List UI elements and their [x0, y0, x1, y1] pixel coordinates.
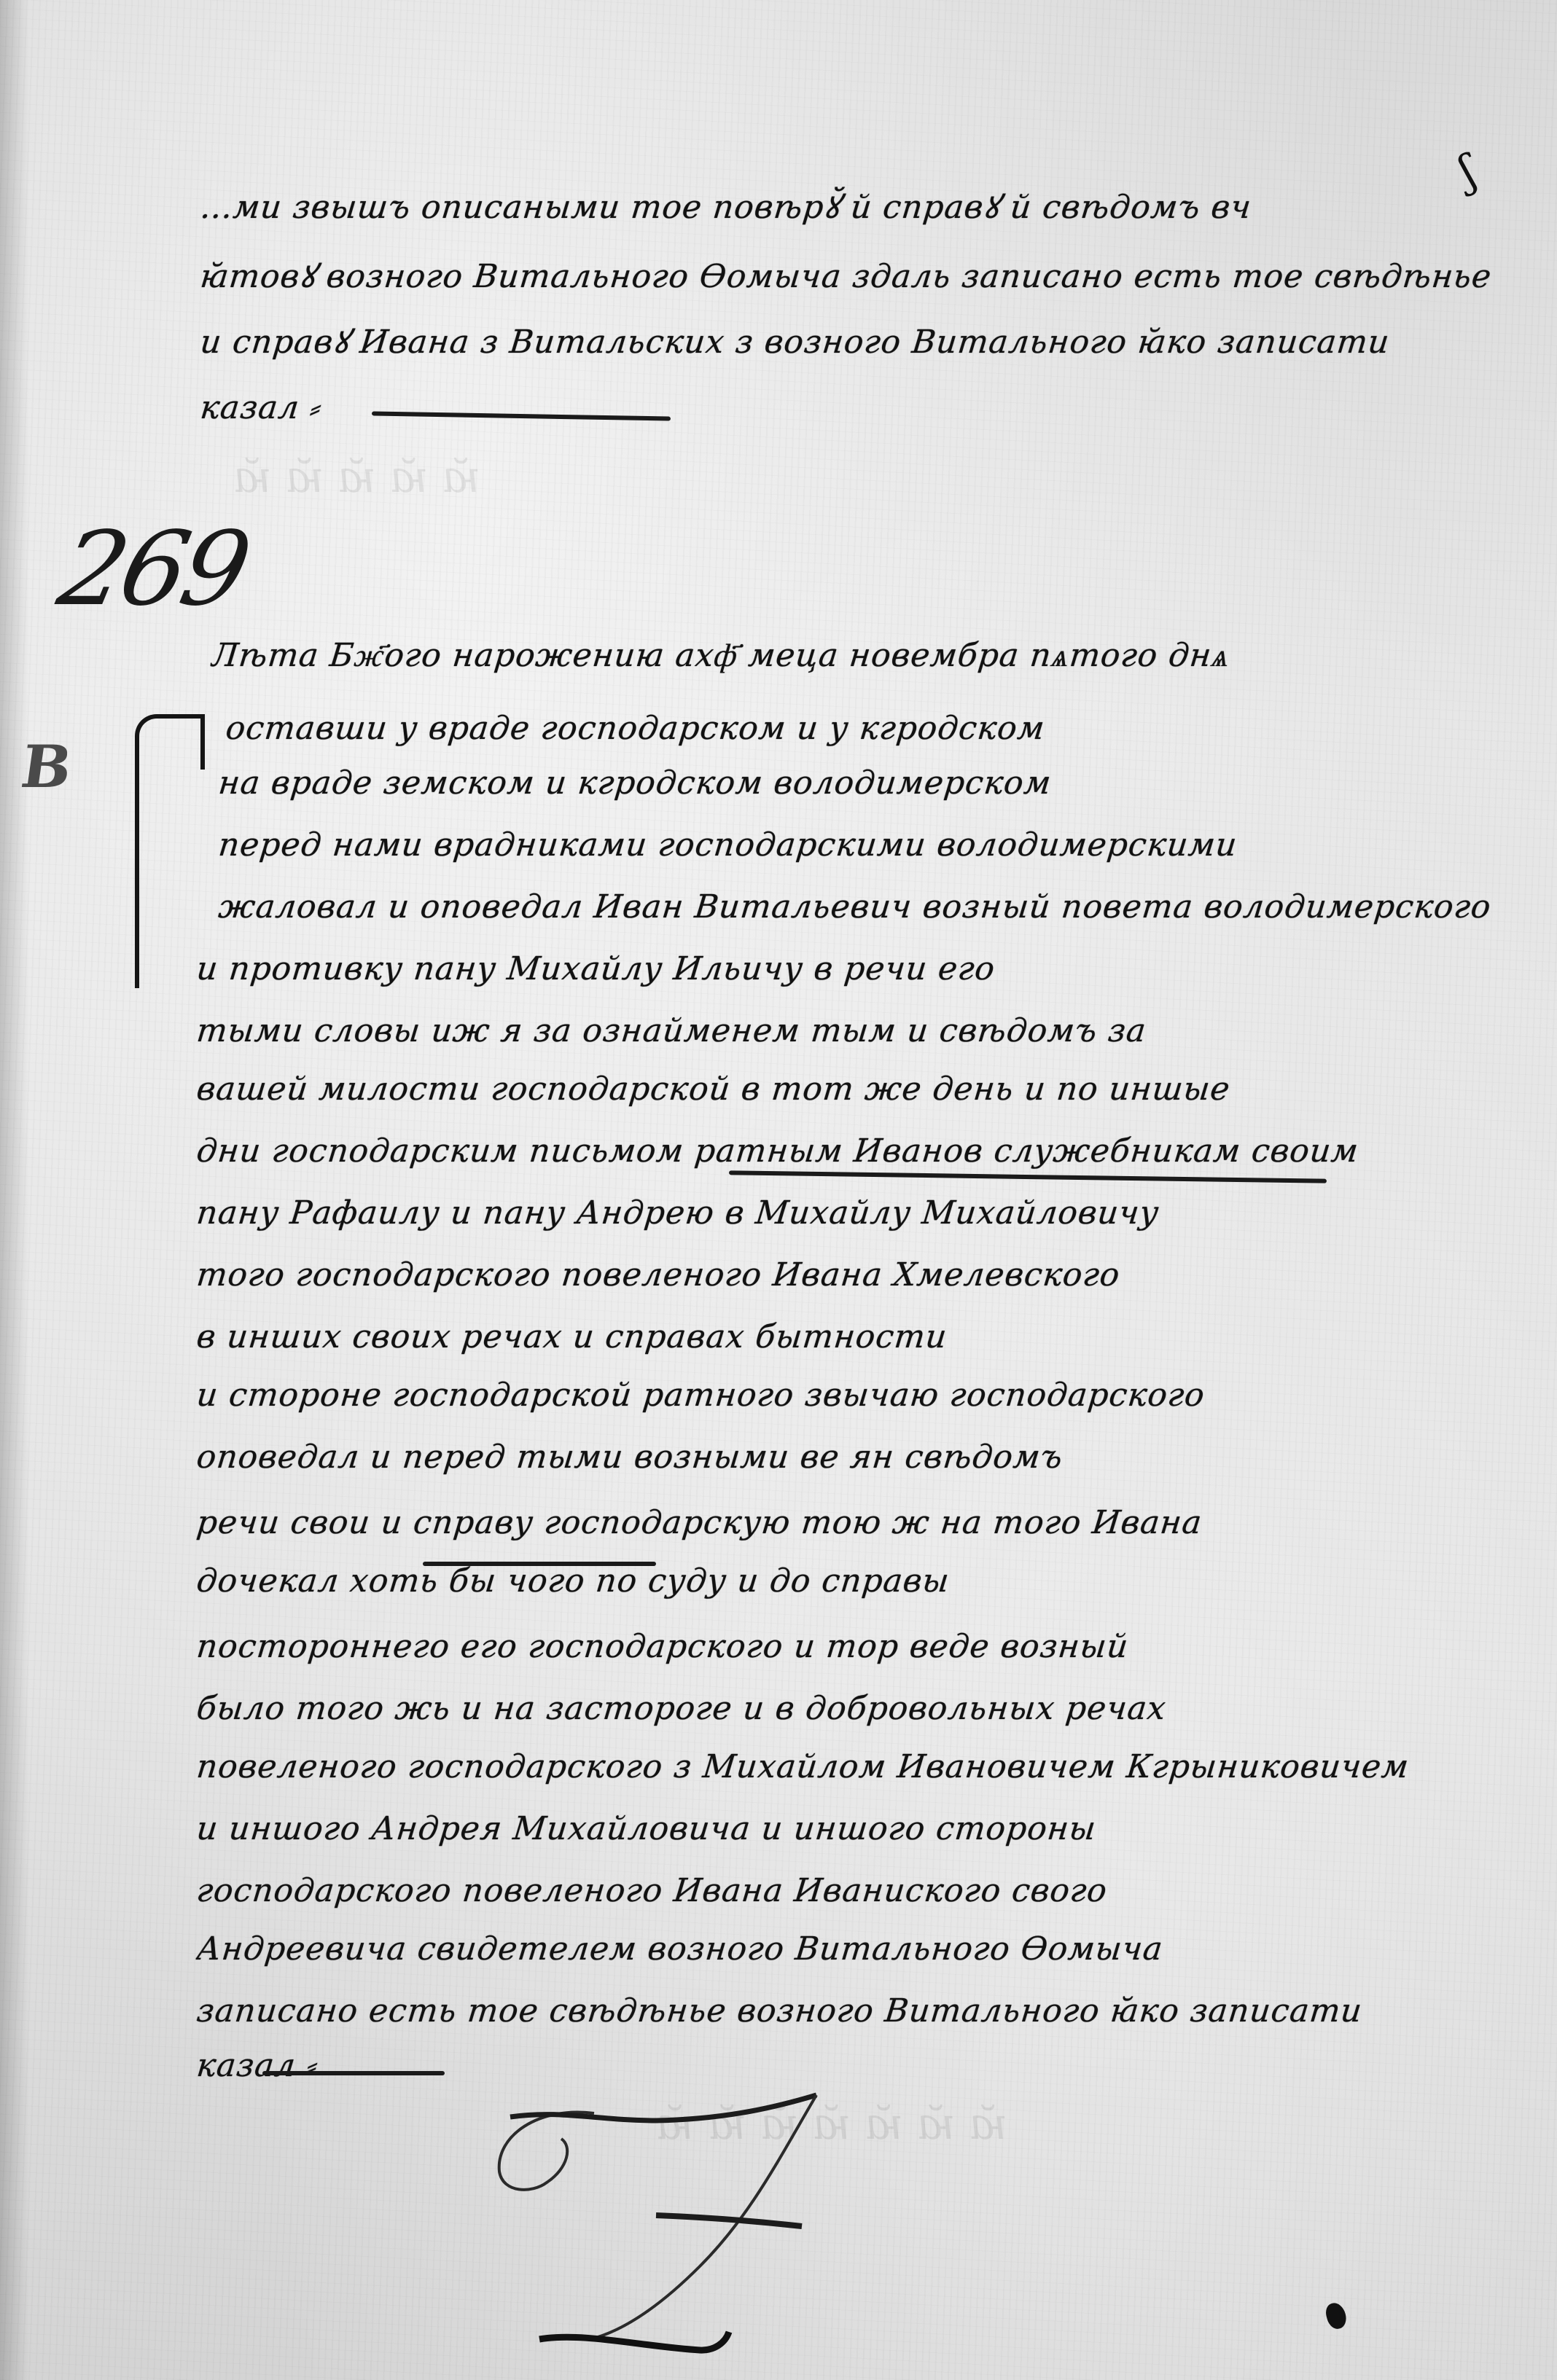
- text-line: на враде земском и кгродском володимерск…: [216, 762, 1515, 805]
- text-line: вашей милости господарской в тот же день…: [195, 1068, 1515, 1111]
- page-edge-shadow: [0, 0, 29, 2380]
- date-line: Лѣта Бж҃ого нарожениꙗ ахф҃ меца новембра…: [209, 634, 1515, 678]
- text-line: ꙗ̆товꙋ возного Витального Ѳомыча здаль з…: [198, 255, 1515, 299]
- initial-letter-p: [135, 714, 205, 988]
- text-line: и противку пану Михайлу Ильичу в речи ег…: [195, 947, 1515, 991]
- text-line: Андреевича свидетелем возного Витального…: [195, 1927, 1515, 1971]
- text-line: пану Рафаилу и пану Андрею в Михайлу Мих…: [195, 1191, 1515, 1235]
- text-line: повеленого господарского з Михайлом Иван…: [195, 1745, 1515, 1789]
- text-line: дочекал хоть бы чого по суду и до справы: [195, 1559, 1515, 1603]
- text-line: было того жь и на застороге и в добровол…: [195, 1687, 1515, 1731]
- text-line: постороннего его господарского и тор вед…: [195, 1625, 1515, 1669]
- text-line: и стороне господарской ратного звычаю го…: [195, 1374, 1515, 1417]
- text-line: тыми словы иж я за ознайменем тым и свѣд…: [195, 1009, 1515, 1053]
- text-line: перед нами врадниками господарскими воло…: [216, 823, 1515, 867]
- text-line: в инших своих речах и справах бытности: [195, 1315, 1515, 1359]
- cancellation-flourish-icon: [437, 2026, 1557, 2380]
- text-line: и справꙋ Ивана з Витальских з возного Ви…: [198, 321, 1515, 364]
- text-line: …ми звышъ описаными тое повѣрꙋ̆ й справꙋ…: [198, 186, 1515, 230]
- manuscript-page: ꙗ̆ ꙗ̆ ꙗ̆ ꙗ̆ ꙗ̆ ꙗ̆ ꙗ̆ ꙗ̆ ꙗ̆ ꙗ̆ ꙗ̆ ꙗ̆ ʃ …м…: [0, 0, 1557, 2380]
- text-line: казал ⸗: [198, 386, 1515, 430]
- text-line: господарского повеленого Ивана Иваниског…: [195, 1869, 1515, 1913]
- text-line: оставши у враде господарском и у кгродск…: [224, 707, 1515, 751]
- text-line: речи свои и справу господарскую тою ж на…: [195, 1501, 1515, 1545]
- text-line: жаловал и оповедал Иван Витальевич возны…: [216, 885, 1515, 929]
- text-line: оповедал и перед тыми возными ве ян свѣд…: [195, 1436, 1515, 1479]
- bleed-through-text: ꙗ̆ ꙗ̆ ꙗ̆ ꙗ̆ ꙗ̆: [230, 452, 483, 503]
- text-line: того господарского повеленого Ивана Хмел…: [195, 1253, 1515, 1297]
- margin-letter-mark: В: [17, 732, 76, 801]
- closing-underline: [262, 2071, 445, 2075]
- text-line: и иншого Андрея Михайловича и иншого сто…: [195, 1807, 1515, 1851]
- text-line: дни господарским письмом ратным Иванов с…: [195, 1130, 1515, 1173]
- folio-number: 269: [50, 510, 257, 629]
